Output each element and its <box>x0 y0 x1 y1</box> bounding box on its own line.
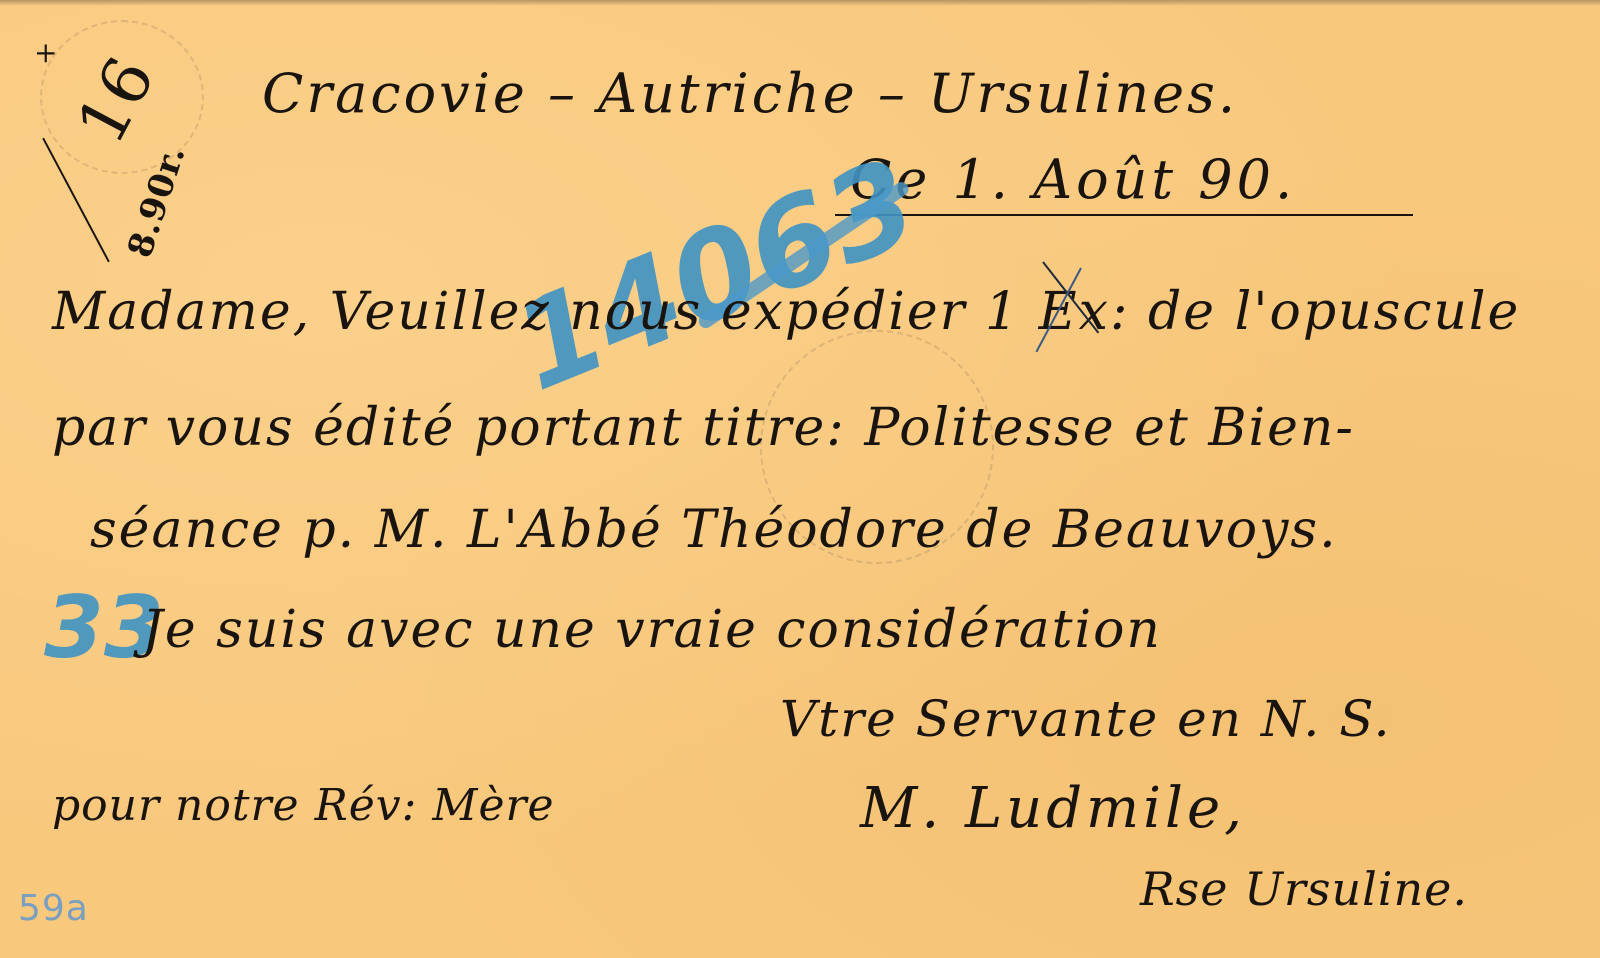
servant-line: Vtre Servante en N. S. <box>780 690 1392 748</box>
signature-name: M. Ludmile, <box>860 776 1246 841</box>
place-line: Cracovie – Autriche – Ursulines. <box>262 62 1238 125</box>
body-line-1: Madame, Veuillez nous expédier 1 Ex: de … <box>52 282 1520 342</box>
cross-mark: + <box>34 36 58 69</box>
for-reverend-mother-line: pour notre Rév: Mère <box>52 780 555 831</box>
body-line-2: par vous édité portant titre: Politesse … <box>52 398 1355 458</box>
card-top-edge <box>0 0 1600 6</box>
date-line: Ce 1. Août 90. <box>850 148 1296 211</box>
postcard: + 16 8.90r. Cracovie – Autriche – Ursuli… <box>0 0 1600 958</box>
body-line-3: séance p. M. L'Abbé Théodore de Beauvoys… <box>90 500 1338 560</box>
archive-number: 59a <box>18 888 89 929</box>
date-underline <box>835 214 1413 216</box>
signature-title: Rse Ursuline. <box>1140 862 1468 916</box>
body-line-4: Je suis avec une vraie considération <box>142 600 1162 660</box>
